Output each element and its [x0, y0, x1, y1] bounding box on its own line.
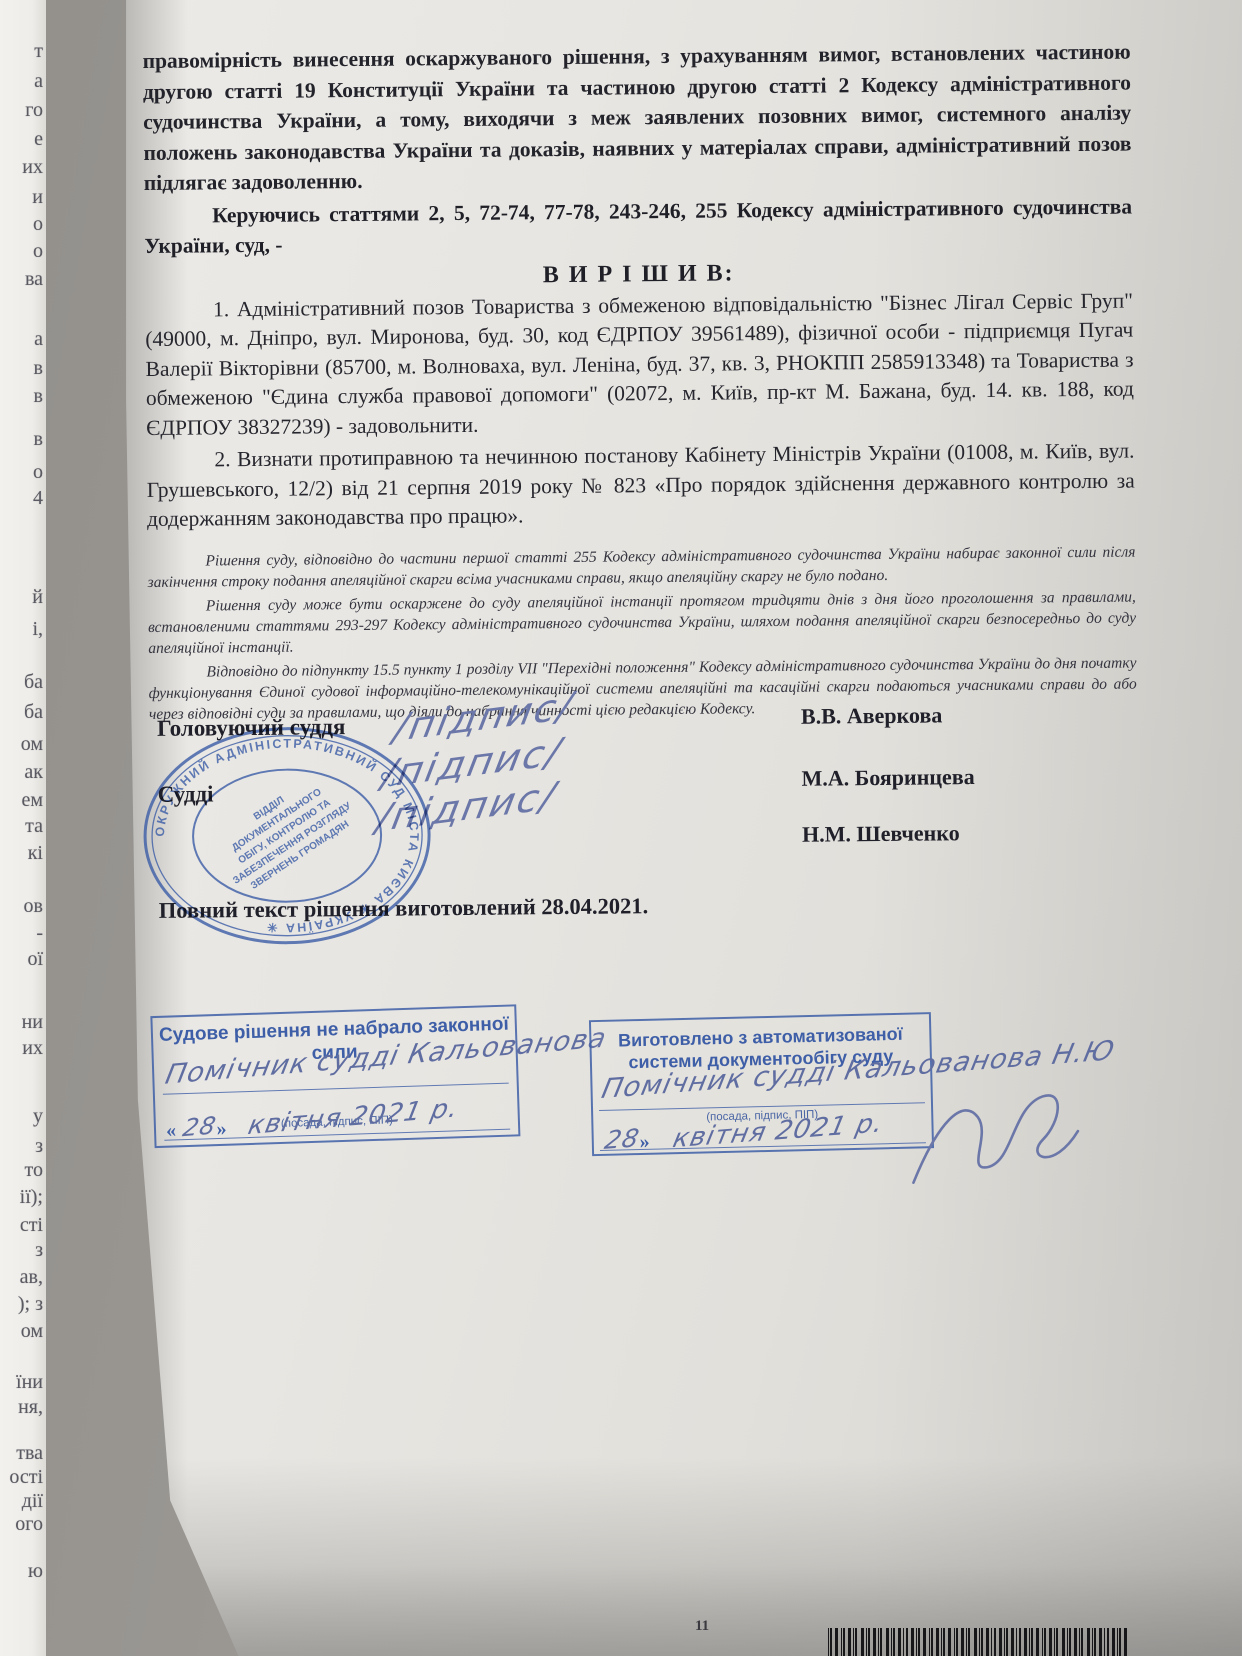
note-appeal-term: Рішення суду може бути оскаржене до суду… — [148, 586, 1137, 658]
page-edge-fragment: е — [34, 128, 43, 151]
guided-by-paragraph: Керуючись статтями 2, 5, 72-74, 77-78, 2… — [144, 191, 1133, 261]
stamp-left-close-quote: » — [216, 1118, 227, 1140]
page-edge-fragment: в — [34, 428, 43, 451]
page-edge-fragment: в — [34, 385, 43, 408]
page-edge-fragment: го — [25, 99, 43, 122]
page-edge-fragment: дії — [22, 1490, 43, 1513]
page-edge-fragment: ов — [24, 895, 43, 918]
page-edge-fragment: ав, — [20, 1266, 43, 1289]
page-edge-fragment: о — [33, 213, 43, 236]
page-edge-fragment: сті — [20, 1214, 43, 1237]
stamp-not-in-force: Судове рішення не набрало законної сили … — [150, 1004, 520, 1148]
page-edge-fragment: ни — [22, 1011, 43, 1034]
page-edge-fragment: ої — [27, 948, 43, 971]
decision-item-1: 1. Адміністративний позов Товариства з о… — [145, 286, 1134, 443]
note-entry-into-force: Рішення суду, відповідно до частини перш… — [147, 541, 1135, 592]
signature-flourish — [892, 1061, 1093, 1203]
page-edge-fragment: их — [22, 1037, 43, 1060]
page-edge-fragment: їни — [16, 1371, 43, 1394]
page-edge-fragment: тва — [16, 1442, 43, 1465]
page-edge-fragment: ю — [28, 1560, 43, 1583]
page-edge-fragment: з — [35, 1239, 43, 1262]
page-edge-fragment: ом — [21, 1320, 43, 1343]
page-edge-fragment: а — [34, 328, 43, 351]
page-edge-fragment: ня, — [18, 1396, 43, 1419]
page-edge-fragment: о — [33, 461, 43, 484]
page-edge-fragment: ак — [24, 761, 43, 784]
page-number: 11 — [695, 1618, 709, 1635]
judge-2-name: М.А. Бояринцева — [801, 764, 974, 792]
decision-item-2: 2. Визнати протиправною та нечинною пост… — [146, 437, 1135, 535]
page-edge-fragment: в — [34, 357, 43, 380]
page-edge-fragment: і, — [32, 618, 43, 641]
page-edge-fragment: т — [34, 40, 43, 63]
page-edge-fragment: з — [35, 1135, 43, 1158]
page-edge-fragment: ); з — [18, 1293, 43, 1316]
page-edge-fragment: и — [32, 186, 43, 209]
stamp-left-open-quote: « — [166, 1119, 177, 1141]
page-edge-fragment: ем — [21, 789, 43, 812]
page-edge-fragment: то — [25, 1159, 43, 1182]
page-edge-fragment: ба — [24, 701, 43, 724]
document-content: правомірність винесення оскаржуваного рі… — [142, 0, 1146, 1656]
page-edge-fragment: о — [33, 240, 43, 263]
document-page: правомірність винесення оскаржуваного рі… — [0, 0, 1242, 1656]
page-edge-fragment: ва — [25, 268, 43, 291]
page-edge-fragment: кі — [28, 842, 43, 865]
presiding-judge-name: В.В. Аверкова — [801, 702, 943, 729]
page-edge-fragment: ба — [24, 671, 43, 694]
page-edge-fragment: их — [22, 156, 43, 179]
judge-3-name: Н.М. Шевченко — [802, 820, 960, 848]
page-edge-fragment: - — [36, 922, 43, 945]
page-edge-fragment: ом — [21, 733, 43, 756]
page-edge-fragment: а — [34, 70, 43, 93]
stamp-automated-system: Виготовлено з автоматизованої системи до… — [589, 1012, 934, 1156]
barcode — [828, 1628, 1158, 1656]
page-edge-fragment: ії); — [20, 1186, 43, 1209]
appeal-notes: Рішення суду, відповідно до частини перш… — [147, 541, 1137, 724]
page-edge-fragment: та — [25, 815, 43, 838]
page-edge-fragment: ості — [9, 1466, 43, 1489]
page-edge-fragment: й — [32, 586, 43, 609]
intro-paragraph: правомірність винесення оскаржуваного рі… — [142, 37, 1131, 199]
underlying-page-edge: тагоеихиоовааввво4йі,бабаомакемтакіов-ої… — [0, 0, 46, 1656]
round-court-stamp: ОКРУЖНИЙ АДМІНІСТРАТИВНИЙ СУД МІСТА КИЄВ… — [135, 719, 439, 952]
page-edge-fragment: у — [33, 1105, 43, 1128]
page-edge-fragment: 4 — [33, 487, 43, 510]
page-edge-fragment: ого — [15, 1513, 43, 1536]
